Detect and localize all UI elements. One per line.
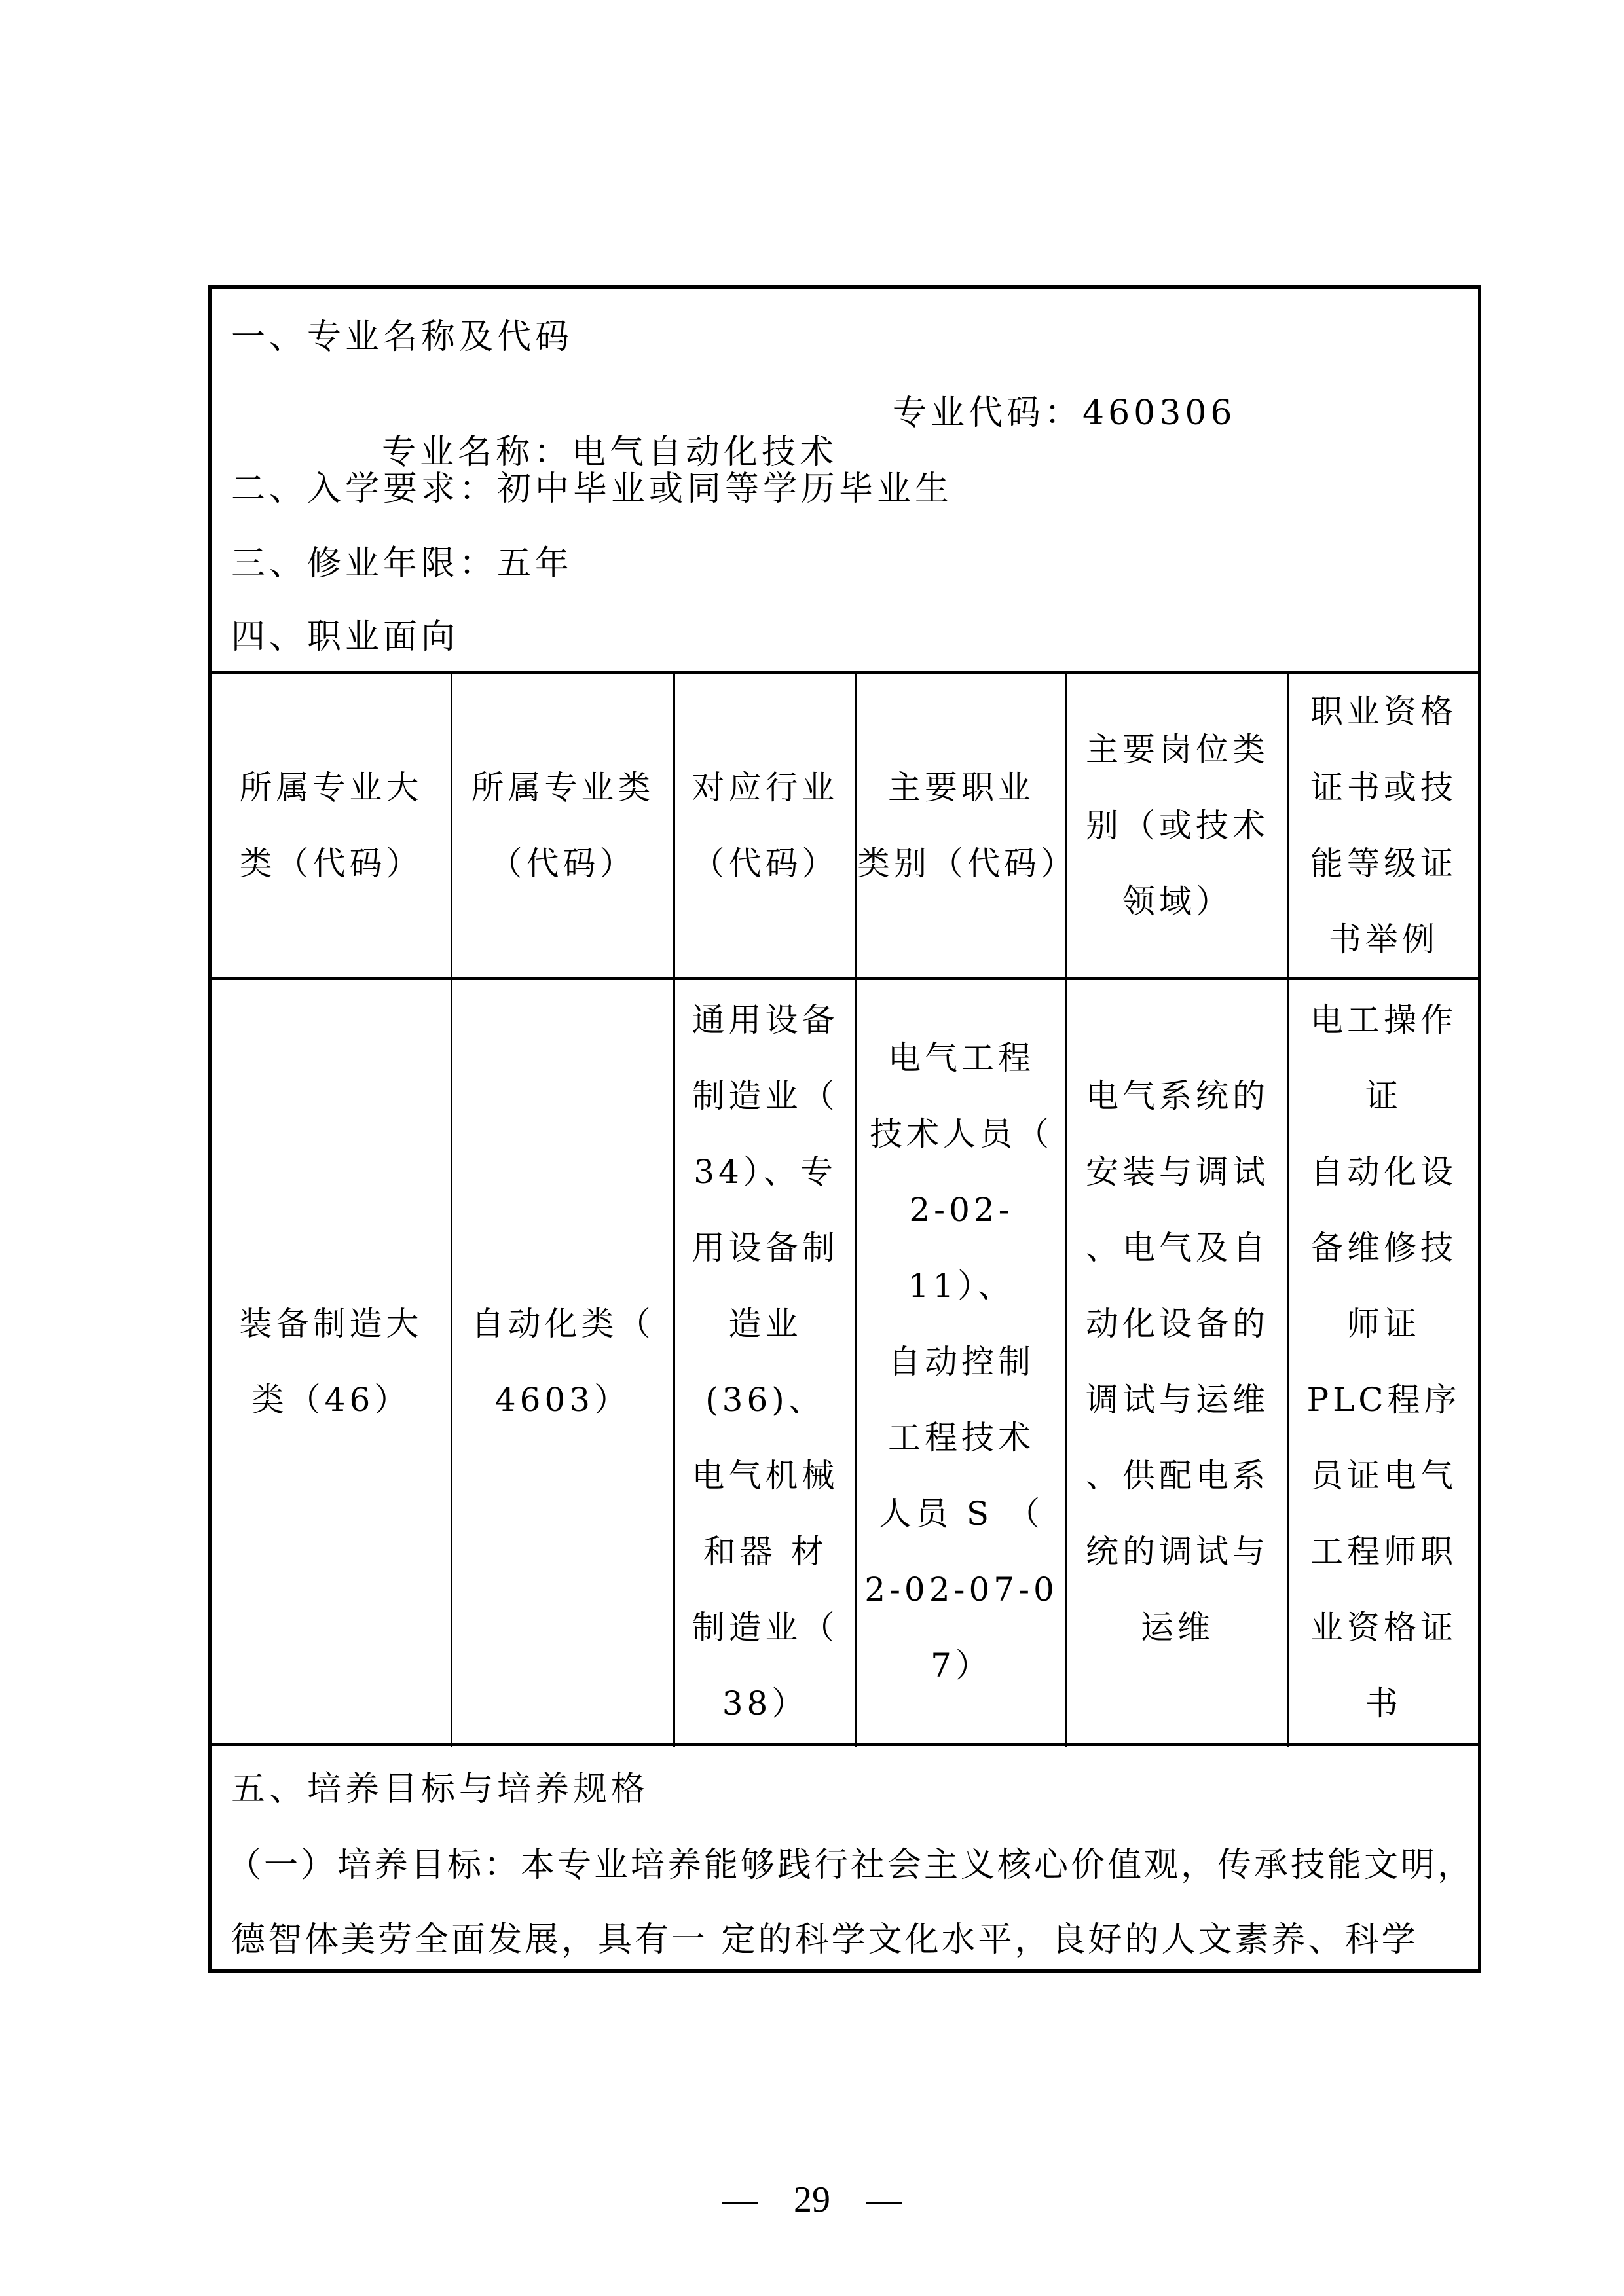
table-cell-position: 电气系统的 安装与调试 、电气及自 动化设备的 调试与运维 、供配电系 统的调试… (1067, 980, 1287, 1743)
table-cell-major-category: 装备制造大 类（46） (212, 980, 451, 1743)
career-orientation-table: 所属专业大 类（代码） 所属专业类 （代码） 对应行业 （代码） 主要职业 类别… (212, 671, 1478, 1747)
dash-left (722, 2202, 758, 2204)
header-cell-position: 主要岗位类 别（或技术 领域） (1067, 674, 1287, 977)
section-2-admission: 二、入学要求：初中毕业或同等学历毕业生 (231, 469, 953, 509)
page-number: 29 (794, 2179, 830, 2220)
header-cell-major-category: 所属专业大 类（代码） (212, 674, 451, 977)
training-goal-line-2: 德智体美劳全面发展，具有一 定的科学文化水平，良好的人文素养、科学 (231, 1920, 1418, 1959)
section-3-duration: 三、修业年限：五年 (231, 544, 573, 583)
document-frame: 一、专业名称及代码 专业名称：电气自动化技术 专业代码：460306 二、入学要… (208, 285, 1481, 1973)
page-footer: 29 (0, 2180, 1624, 2219)
table-cell-industry: 通用设备 制造业（ 34）、专 用设备制 造业(36)、 电气机械 和器 材 制… (675, 980, 855, 1743)
major-name: 专业名称：电气自动化技术 (382, 433, 838, 472)
header-cell-industry: 对应行业 （代码） (675, 674, 855, 977)
header-cell-certificate: 职业资格 证书或技 能等级证 书举例 (1289, 674, 1478, 977)
table-cell-occupation: 电气工程 技术人员（ 2-02-11）、 自动控制 工程技术 人员 S （ 2-… (857, 980, 1065, 1743)
header-cell-occupation: 主要职业 类别（代码） (857, 674, 1065, 977)
training-goal-line-1: （一）培养目标：本专业培养能够践行社会主义核心价值观，传承技能文明， (227, 1846, 1474, 1885)
major-code: 专业代码：460306 (893, 393, 1236, 433)
table-cell-certificate: 电工操作 证 自动化设 备维修技 师证 PLC程序 员证电气 工程师职 业资格证… (1289, 980, 1478, 1743)
header-cell-major-class: 所属专业类 （代码） (452, 674, 673, 977)
table-cell-major-class: 自动化类（ 4603） (452, 980, 673, 1743)
section-5-title: 五、培养目标与培养规格 (231, 1770, 649, 1809)
section-4-title: 四、职业面向 (231, 617, 459, 657)
section-1-title: 一、专业名称及代码 (231, 318, 573, 357)
dash-right (866, 2202, 902, 2204)
